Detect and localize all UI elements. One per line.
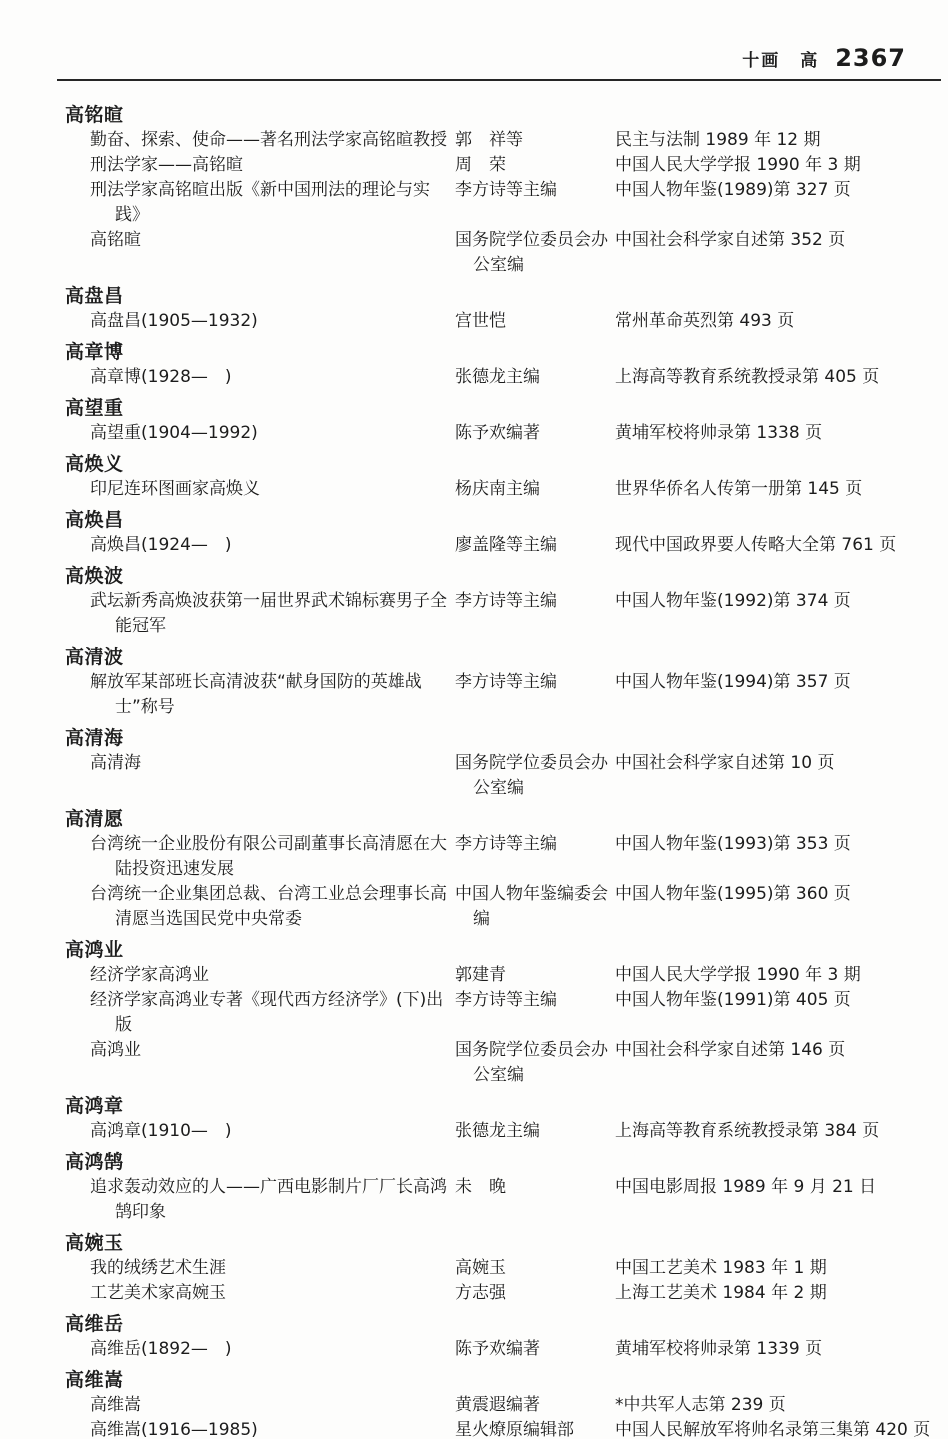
surname-heading: 高鸿鹄 [65, 1150, 943, 1175]
surname-heading: 高焕义 [65, 452, 943, 477]
entry-author: 国务院学位委员会办公室编 [455, 1038, 615, 1088]
entry-author: 方志强 [455, 1281, 615, 1306]
surname-section: 高盘昌高盘昌(1905—1932)宫世恺常州革命英烈第 493 页 [65, 284, 943, 334]
surname-heading: 高清海 [65, 726, 943, 751]
surname-heading: 高焕昌 [65, 508, 943, 533]
entry-author: 李方诗等主编 [455, 178, 615, 228]
surname-heading: 高鸿章 [65, 1094, 943, 1119]
entry-author: 郭建青 [455, 963, 615, 988]
entry-row: 高维嵩(1916—1985)星火燎原编辑部中国人民解放军将帅名录第三集第 420… [90, 1418, 943, 1439]
surname-section: 高焕昌高焕昌(1924— )廖盖隆等主编现代中国政界要人传略大全第 761 页 [65, 508, 943, 558]
entry-row: 高焕昌(1924— )廖盖隆等主编现代中国政界要人传略大全第 761 页 [90, 533, 943, 558]
entry-source: 中国社会科学家自述第 352 页 [615, 228, 943, 278]
entry-source: 中国人物年鉴(1993)第 353 页 [615, 832, 943, 882]
entry-author: 张德龙主编 [455, 365, 615, 390]
surname-heading: 高盘昌 [65, 284, 943, 309]
entry-source: 中国人物年鉴(1994)第 357 页 [615, 670, 943, 720]
entry-source: 世界华侨名人传第一册第 145 页 [615, 477, 943, 502]
entry-title: 刑法学家高铭暄出版《新中国刑法的理论与实践》 [90, 178, 455, 228]
entry-title: 勤奋、探索、使命——著名刑法学家高铭暄教授 [90, 128, 455, 153]
entry-title: 工艺美术家高婉玉 [90, 1281, 455, 1306]
entry-source: 中国人物年鉴(1991)第 405 页 [615, 988, 943, 1038]
surname-char-label: 高 [800, 46, 817, 71]
surname-section: 高焕波武坛新秀高焕波获第一届世界武术锦标赛男子全能冠军李方诗等主编中国人物年鉴(… [65, 564, 943, 639]
surname-section: 高鸿业经济学家高鸿业郭建青中国人民大学学报 1990 年 3 期经济学家高鸿业专… [65, 938, 943, 1088]
surname-section: 高清愿台湾统一企业股份有限公司副董事长高清愿在大陆投资迅速发展李方诗等主编中国人… [65, 807, 943, 932]
entry-row: 解放军某部班长高清波获“献身国防的英雄战士”称号李方诗等主编中国人物年鉴(199… [90, 670, 943, 720]
radical-label: 十画 [742, 46, 780, 71]
entry-row: 勤奋、探索、使命——著名刑法学家高铭暄教授郭 祥等民主与法制 1989 年 12… [90, 128, 943, 153]
entry-row: 印尼连环图画家高焕义杨庆南主编世界华侨名人传第一册第 145 页 [90, 477, 943, 502]
entry-source: 中国人物年鉴(1995)第 360 页 [615, 882, 943, 932]
entry-author: 李方诗等主编 [455, 670, 615, 720]
entry-source: 民主与法制 1989 年 12 期 [615, 128, 943, 153]
surname-section: 高焕义印尼连环图画家高焕义杨庆南主编世界华侨名人传第一册第 145 页 [65, 452, 943, 502]
index-body: 高铭暄勤奋、探索、使命——著名刑法学家高铭暄教授郭 祥等民主与法制 1989 年… [65, 97, 943, 1439]
entry-title: 高鸿章(1910— ) [90, 1119, 455, 1144]
page-number: 2367 [835, 44, 906, 72]
surname-section: 高章博高章博(1928— )张德龙主编上海高等教育系统教授录第 405 页 [65, 340, 943, 390]
entry-title: 高望重(1904—1992) [90, 421, 455, 446]
surname-section: 高维岳高维岳(1892— )陈予欢编著黄埔军校将帅录第 1339 页 [65, 1312, 943, 1362]
entry-row: 经济学家高鸿业郭建青中国人民大学学报 1990 年 3 期 [90, 963, 943, 988]
entry-title: 高清海 [90, 751, 455, 801]
entry-row: 刑法学家——高铭暄周 荣中国人民大学学报 1990 年 3 期 [90, 153, 943, 178]
entry-author: 国务院学位委员会办公室编 [455, 228, 615, 278]
entry-title: 经济学家高鸿业专著《现代西方经济学》(下)出版 [90, 988, 455, 1038]
surname-section: 高清海高清海国务院学位委员会办公室编中国社会科学家自述第 10 页 [65, 726, 943, 801]
entry-source: 中国人民解放军将帅名录第三集第 420 页 [615, 1418, 943, 1439]
entry-title: 台湾统一企业集团总裁、台湾工业总会理事长高清愿当选国民党中央常委 [90, 882, 455, 932]
entry-title: 武坛新秀高焕波获第一届世界武术锦标赛男子全能冠军 [90, 589, 455, 639]
running-head: 十画 高 2367 [742, 44, 906, 72]
entry-source: 中国工艺美术 1983 年 1 期 [615, 1256, 943, 1281]
entry-author: 李方诗等主编 [455, 589, 615, 639]
entry-author: 黄震遐编著 [455, 1393, 615, 1418]
header-rule [57, 79, 941, 81]
entry-author: 郭 祥等 [455, 128, 615, 153]
entry-row: 高维嵩黄震遐编著*中共军人志第 239 页 [90, 1393, 943, 1418]
surname-heading: 高望重 [65, 396, 943, 421]
entry-row: 台湾统一企业股份有限公司副董事长高清愿在大陆投资迅速发展李方诗等主编中国人物年鉴… [90, 832, 943, 882]
entry-author: 陈予欢编著 [455, 1337, 615, 1362]
entry-author: 国务院学位委员会办公室编 [455, 751, 615, 801]
entry-source: 中国人物年鉴(1992)第 374 页 [615, 589, 943, 639]
entry-row: 武坛新秀高焕波获第一届世界武术锦标赛男子全能冠军李方诗等主编中国人物年鉴(199… [90, 589, 943, 639]
entry-row: 高章博(1928— )张德龙主编上海高等教育系统教授录第 405 页 [90, 365, 943, 390]
entry-title: 我的绒绣艺术生涯 [90, 1256, 455, 1281]
entry-source: 上海高等教育系统教授录第 384 页 [615, 1119, 943, 1144]
entry-source: 上海工艺美术 1984 年 2 期 [615, 1281, 943, 1306]
surname-heading: 高清波 [65, 645, 943, 670]
entry-title: 经济学家高鸿业 [90, 963, 455, 988]
surname-heading: 高鸿业 [65, 938, 943, 963]
entry-source: 常州革命英烈第 493 页 [615, 309, 943, 334]
entry-title: 高盘昌(1905—1932) [90, 309, 455, 334]
entry-author: 李方诗等主编 [455, 832, 615, 882]
entry-row: 我的绒绣艺术生涯高婉玉中国工艺美术 1983 年 1 期 [90, 1256, 943, 1281]
entry-title: 刑法学家——高铭暄 [90, 153, 455, 178]
surname-heading: 高维岳 [65, 1312, 943, 1337]
entry-author: 陈予欢编著 [455, 421, 615, 446]
entry-source: 上海高等教育系统教授录第 405 页 [615, 365, 943, 390]
entry-source: 中国人民大学学报 1990 年 3 期 [615, 963, 943, 988]
entry-author: 李方诗等主编 [455, 988, 615, 1038]
entry-title: 高铭暄 [90, 228, 455, 278]
surname-section: 高清波解放军某部班长高清波获“献身国防的英雄战士”称号李方诗等主编中国人物年鉴(… [65, 645, 943, 720]
entry-source: 中国电影周报 1989 年 9 月 21 日 [615, 1175, 943, 1225]
entry-row: 高铭暄国务院学位委员会办公室编中国社会科学家自述第 352 页 [90, 228, 943, 278]
surname-heading: 高婉玉 [65, 1231, 943, 1256]
entry-title: 印尼连环图画家高焕义 [90, 477, 455, 502]
entry-title: 解放军某部班长高清波获“献身国防的英雄战士”称号 [90, 670, 455, 720]
entry-source: 中国社会科学家自述第 146 页 [615, 1038, 943, 1088]
surname-heading: 高章博 [65, 340, 943, 365]
entry-title: 台湾统一企业股份有限公司副董事长高清愿在大陆投资迅速发展 [90, 832, 455, 882]
entry-source: 中国社会科学家自述第 10 页 [615, 751, 943, 801]
entry-row: 高盘昌(1905—1932)宫世恺常州革命英烈第 493 页 [90, 309, 943, 334]
surname-section: 高鸿鹄追求轰动效应的人——广西电影制片厂厂长高鸿鹄印象未 晚中国电影周报 198… [65, 1150, 943, 1225]
surname-section: 高望重高望重(1904—1992)陈予欢编著黄埔军校将帅录第 1338 页 [65, 396, 943, 446]
surname-heading: 高铭暄 [65, 103, 943, 128]
entry-row: 高望重(1904—1992)陈予欢编著黄埔军校将帅录第 1338 页 [90, 421, 943, 446]
entry-source: 中国人物年鉴(1989)第 327 页 [615, 178, 943, 228]
entry-title: 高焕昌(1924— ) [90, 533, 455, 558]
entry-title: 高维岳(1892— ) [90, 1337, 455, 1362]
entry-row: 高清海国务院学位委员会办公室编中国社会科学家自述第 10 页 [90, 751, 943, 801]
entry-row: 高鸿章(1910— )张德龙主编上海高等教育系统教授录第 384 页 [90, 1119, 943, 1144]
entry-author: 中国人物年鉴编委会编 [455, 882, 615, 932]
surname-section: 高婉玉我的绒绣艺术生涯高婉玉中国工艺美术 1983 年 1 期工艺美术家高婉玉方… [65, 1231, 943, 1306]
entry-author: 高婉玉 [455, 1256, 615, 1281]
surname-section: 高鸿章高鸿章(1910— )张德龙主编上海高等教育系统教授录第 384 页 [65, 1094, 943, 1144]
entry-title: 追求轰动效应的人——广西电影制片厂厂长高鸿鹄印象 [90, 1175, 455, 1225]
entry-row: 高鸿业国务院学位委员会办公室编中国社会科学家自述第 146 页 [90, 1038, 943, 1088]
entry-title: 高章博(1928— ) [90, 365, 455, 390]
entry-source: 黄埔军校将帅录第 1338 页 [615, 421, 943, 446]
surname-heading: 高维嵩 [65, 1368, 943, 1393]
entry-row: 工艺美术家高婉玉方志强上海工艺美术 1984 年 2 期 [90, 1281, 943, 1306]
entry-row: 经济学家高鸿业专著《现代西方经济学》(下)出版李方诗等主编中国人物年鉴(1991… [90, 988, 943, 1038]
entry-source: 黄埔军校将帅录第 1339 页 [615, 1337, 943, 1362]
surname-heading: 高清愿 [65, 807, 943, 832]
entry-title: 高维嵩(1916—1985) [90, 1418, 455, 1439]
entry-source: *中共军人志第 239 页 [615, 1393, 943, 1418]
entry-author: 周 荣 [455, 153, 615, 178]
entry-author: 未 晚 [455, 1175, 615, 1225]
entry-author: 宫世恺 [455, 309, 615, 334]
entry-author: 廖盖隆等主编 [455, 533, 615, 558]
entry-author: 星火燎原编辑部 [455, 1418, 615, 1439]
entry-row: 刑法学家高铭暄出版《新中国刑法的理论与实践》李方诗等主编中国人物年鉴(1989)… [90, 178, 943, 228]
entry-row: 追求轰动效应的人——广西电影制片厂厂长高鸿鹄印象未 晚中国电影周报 1989 年… [90, 1175, 943, 1225]
entry-title: 高维嵩 [90, 1393, 455, 1418]
surname-section: 高铭暄勤奋、探索、使命——著名刑法学家高铭暄教授郭 祥等民主与法制 1989 年… [65, 103, 943, 278]
entry-author: 杨庆南主编 [455, 477, 615, 502]
surname-heading: 高焕波 [65, 564, 943, 589]
entry-title: 高鸿业 [90, 1038, 455, 1088]
entry-source: 中国人民大学学报 1990 年 3 期 [615, 153, 943, 178]
entry-row: 台湾统一企业集团总裁、台湾工业总会理事长高清愿当选国民党中央常委中国人物年鉴编委… [90, 882, 943, 932]
entry-source: 现代中国政界要人传略大全第 761 页 [615, 533, 943, 558]
entry-row: 高维岳(1892— )陈予欢编著黄埔军校将帅录第 1339 页 [90, 1337, 943, 1362]
scanned-index-page: 十画 高 2367 高铭暄勤奋、探索、使命——著名刑法学家高铭暄教授郭 祥等民主… [0, 0, 948, 1439]
surname-section: 高维嵩高维嵩黄震遐编著*中共军人志第 239 页高维嵩(1916—1985)星火… [65, 1368, 943, 1439]
entry-author: 张德龙主编 [455, 1119, 615, 1144]
